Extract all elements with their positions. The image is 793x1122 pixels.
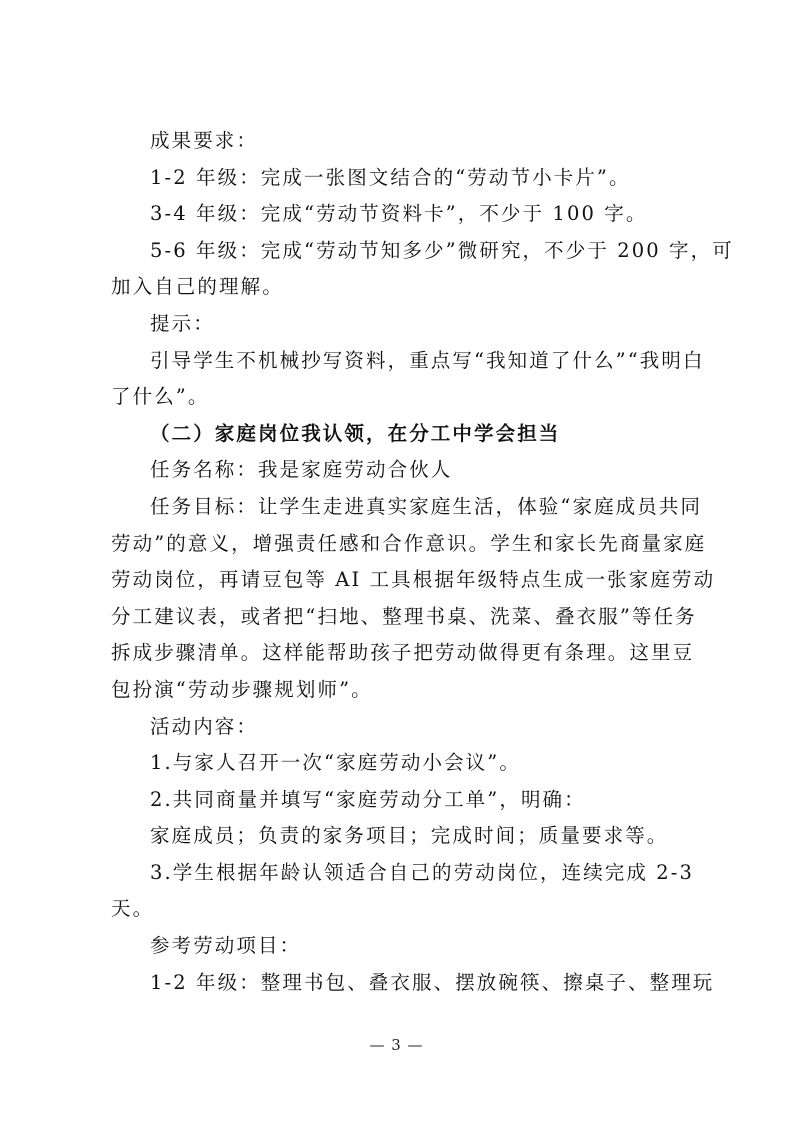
text-line: 1.与家人召开一次“家庭劳动小会议”。 — [111, 745, 685, 782]
text-line: 2.共同商量并填写“家庭劳动分工单”，明确： — [111, 782, 685, 819]
text-line: 参考劳动项目： — [111, 928, 685, 965]
text-line: 加入自己的理解。 — [111, 269, 685, 306]
text-line: 任务名称：我是家庭劳动合伙人 — [111, 452, 685, 489]
text-line: 包扮演“劳动步骤规划师”。 — [111, 672, 685, 709]
text-line: 3-4 年级：完成“劳动节资料卡”，不少于 100 字。 — [111, 196, 685, 233]
section-heading: （二）家庭岗位我认领，在分工中学会担当 — [111, 416, 685, 453]
text-line: 1-2 年级：整理书包、叠衣服、摆放碗筷、擦桌子、整理玩 — [111, 965, 685, 1002]
text-line: 引导学生不机械抄写资料，重点写“我知道了什么”“我明白 — [111, 343, 685, 380]
text-line: 天。 — [111, 891, 685, 928]
text-line: 活动内容： — [111, 709, 685, 746]
page-number: — 3 — — [0, 1036, 793, 1054]
text-line: 1-2 年级：完成一张图文结合的“劳动节小卡片”。 — [111, 160, 685, 197]
text-line: 分工建议表，或者把“扫地、整理书桌、洗菜、叠衣服”等任务 — [111, 599, 685, 636]
document-body: 成果要求：1-2 年级：完成一张图文结合的“劳动节小卡片”。3-4 年级：完成“… — [111, 123, 685, 1001]
text-line: 5-6 年级：完成“劳动节知多少”微研究，不少于 200 字，可 — [111, 233, 685, 270]
text-line: 提示： — [111, 306, 685, 343]
text-line: 家庭成员；负责的家务项目；完成时间；质量要求等。 — [111, 818, 685, 855]
text-line: 任务目标：让学生走进真实家庭生活，体验“家庭成员共同 — [111, 489, 685, 526]
text-line: 了什么”。 — [111, 379, 685, 416]
text-line: 成果要求： — [111, 123, 685, 160]
text-line: 劳动”的意义，增强责任感和合作意识。学生和家长先商量家庭 — [111, 526, 685, 563]
text-line: 拆成步骤清单。这样能帮助孩子把劳动做得更有条理。这里豆 — [111, 635, 685, 672]
text-line: 3.学生根据年龄认领适合自己的劳动岗位，连续完成 2-3 — [111, 855, 685, 892]
text-line: 劳动岗位，再请豆包等 AI 工具根据年级特点生成一张家庭劳动 — [111, 562, 685, 599]
